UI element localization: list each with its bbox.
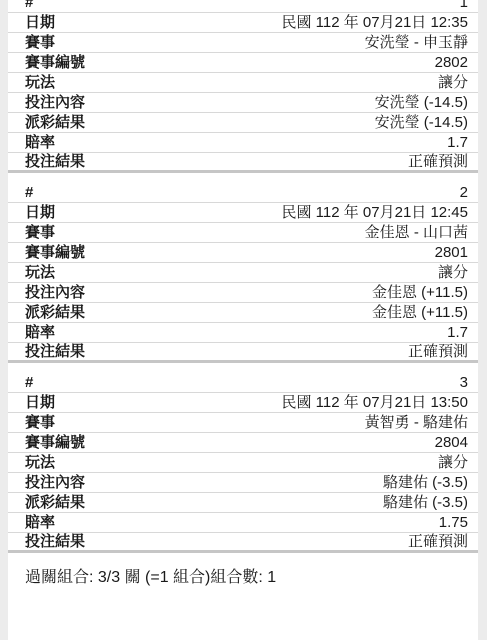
payout-result-value: 駱建佑 (-3.5) <box>383 493 468 513</box>
bet-leg-2: # 2 日期 民國 112 年 07月21日 12:45 賽事 金佳恩 - 山口… <box>8 183 478 363</box>
odds-value: 1.7 <box>447 133 468 153</box>
payout-result-label: 派彩結果 <box>25 493 85 513</box>
play-type-label: 玩法 <box>25 73 55 93</box>
payout-result-value: 金佳恩 (+11.5) <box>372 303 468 323</box>
row-bet-content: 投注內容 金佳恩 (+11.5) <box>8 283 478 303</box>
event-no-value: 2802 <box>435 53 468 73</box>
number-value: 3 <box>460 373 468 393</box>
parlay-detail-card: # 1 日期 民國 112 年 07月21日 12:35 賽事 安洗瑩 - 申玉… <box>8 0 478 640</box>
row-event-no: 賽事編號 2802 <box>8 53 478 73</box>
payout-result-value: 安洗瑩 (-14.5) <box>375 113 468 133</box>
event-no-label: 賽事編號 <box>25 433 85 453</box>
row-event: 賽事 金佳恩 - 山口茜 <box>8 223 478 243</box>
odds-label: 賠率 <box>25 323 55 343</box>
play-type-label: 玩法 <box>25 453 55 473</box>
row-event-no: 賽事編號 2804 <box>8 433 478 453</box>
number-value: 1 <box>460 0 468 13</box>
play-type-value: 讓分 <box>438 263 468 283</box>
bet-content-label: 投注內容 <box>25 473 85 493</box>
row-odds: 賠率 1.7 <box>8 133 478 153</box>
event-label: 賽事 <box>25 33 55 53</box>
row-number: # 3 <box>8 373 478 393</box>
bet-content-value: 金佳恩 (+11.5) <box>372 283 468 303</box>
row-date: 日期 民國 112 年 07月21日 12:45 <box>8 203 478 223</box>
row-event: 賽事 安洗瑩 - 申玉靜 <box>8 33 478 53</box>
play-type-value: 讓分 <box>438 73 468 93</box>
odds-label: 賠率 <box>25 133 55 153</box>
row-bet-result: 投注結果 正確預測 <box>8 533 478 553</box>
row-bet-content: 投注內容 安洗瑩 (-14.5) <box>8 93 478 113</box>
row-date: 日期 民國 112 年 07月21日 13:50 <box>8 393 478 413</box>
bet-leg-1: # 1 日期 民國 112 年 07月21日 12:35 賽事 安洗瑩 - 申玉… <box>8 0 478 173</box>
number-label: # <box>25 183 33 203</box>
row-number: # 2 <box>8 183 478 203</box>
row-bet-result: 投注結果 正確預測 <box>8 153 478 173</box>
event-no-value: 2801 <box>435 243 468 263</box>
event-no-label: 賽事編號 <box>25 243 85 263</box>
event-value: 黃智勇 - 駱建佑 <box>365 413 468 433</box>
row-play-type: 玩法 讓分 <box>8 73 478 93</box>
bet-result-label: 投注結果 <box>25 342 85 362</box>
date-label: 日期 <box>25 203 55 223</box>
date-label: 日期 <box>25 393 55 413</box>
row-event: 賽事 黃智勇 - 駱建佑 <box>8 413 478 433</box>
play-type-value: 讓分 <box>438 453 468 473</box>
bet-result-value: 正確預測 <box>408 342 468 362</box>
bet-content-value: 駱建佑 (-3.5) <box>383 473 468 493</box>
parlay-summary: 過關組合: 3/3 關 (=1 組合)組合數: 1 <box>8 567 478 589</box>
date-value: 民國 112 年 07月21日 12:35 <box>282 13 469 33</box>
bet-result-label: 投注結果 <box>25 532 85 552</box>
row-payout-result: 派彩結果 金佳恩 (+11.5) <box>8 303 478 323</box>
event-value: 金佳恩 - 山口茜 <box>365 223 468 243</box>
bet-result-value: 正確預測 <box>408 532 468 552</box>
event-value: 安洗瑩 - 申玉靜 <box>365 33 468 53</box>
row-payout-result: 派彩結果 安洗瑩 (-14.5) <box>8 113 478 133</box>
row-payout-result: 派彩結果 駱建佑 (-3.5) <box>8 493 478 513</box>
row-odds: 賠率 1.75 <box>8 513 478 533</box>
row-date: 日期 民國 112 年 07月21日 12:35 <box>8 13 478 33</box>
odds-value: 1.75 <box>439 513 468 533</box>
date-value: 民國 112 年 07月21日 13:50 <box>282 393 469 413</box>
row-event-no: 賽事編號 2801 <box>8 243 478 263</box>
bet-content-label: 投注內容 <box>25 93 85 113</box>
event-label: 賽事 <box>25 413 55 433</box>
number-label: # <box>25 0 33 13</box>
bet-content-label: 投注內容 <box>25 283 85 303</box>
play-type-label: 玩法 <box>25 263 55 283</box>
payout-result-label: 派彩結果 <box>25 113 85 133</box>
row-odds: 賠率 1.7 <box>8 323 478 343</box>
bet-result-value: 正確預測 <box>408 152 468 172</box>
bet-content-value: 安洗瑩 (-14.5) <box>375 93 468 113</box>
number-label: # <box>25 373 33 393</box>
row-bet-content: 投注內容 駱建佑 (-3.5) <box>8 473 478 493</box>
number-value: 2 <box>460 183 468 203</box>
row-play-type: 玩法 讓分 <box>8 263 478 283</box>
payout-result-label: 派彩結果 <box>25 303 85 323</box>
event-no-value: 2804 <box>435 433 468 453</box>
bet-leg-3: # 3 日期 民國 112 年 07月21日 13:50 賽事 黃智勇 - 駱建… <box>8 373 478 553</box>
date-label: 日期 <box>25 13 55 33</box>
odds-label: 賠率 <box>25 513 55 533</box>
bet-legs-list: # 1 日期 民國 112 年 07月21日 12:35 賽事 安洗瑩 - 申玉… <box>8 0 478 589</box>
row-number: # 1 <box>8 0 478 13</box>
row-bet-result: 投注結果 正確預測 <box>8 343 478 363</box>
bet-result-label: 投注結果 <box>25 152 85 172</box>
odds-value: 1.7 <box>447 323 468 343</box>
date-value: 民國 112 年 07月21日 12:45 <box>282 203 469 223</box>
row-play-type: 玩法 讓分 <box>8 453 478 473</box>
event-label: 賽事 <box>25 223 55 243</box>
event-no-label: 賽事編號 <box>25 53 85 73</box>
